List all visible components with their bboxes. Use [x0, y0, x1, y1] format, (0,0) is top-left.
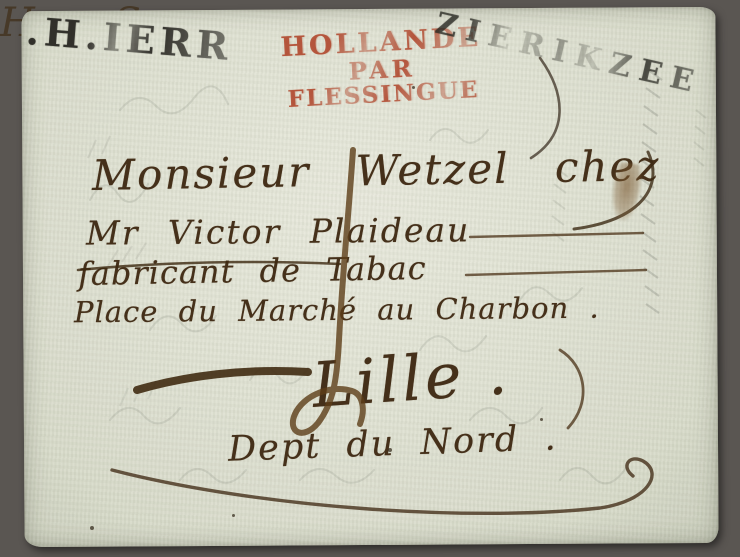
photo-background: .H.IERR HOLLANDE PAR FLESSINGUE ZIERIKZE… [0, 0, 740, 557]
address-line-monsieur-wetzel: Monsieur Wetzel chez [92, 141, 661, 200]
address-line-place-du-marche: Place du Marché au Charbon . [74, 291, 600, 330]
address-line-victor-plaideau: Mr Victor Plaideau [86, 210, 471, 252]
ink-speck [90, 526, 94, 530]
ink-speck [412, 86, 415, 89]
address-line-lille: Lille . [310, 335, 512, 422]
ink-speck [232, 514, 235, 517]
ink-speck [540, 418, 543, 421]
address-line-fabricant-tabac: fabricant de Tabac [78, 249, 427, 293]
ink-speck [388, 448, 392, 452]
